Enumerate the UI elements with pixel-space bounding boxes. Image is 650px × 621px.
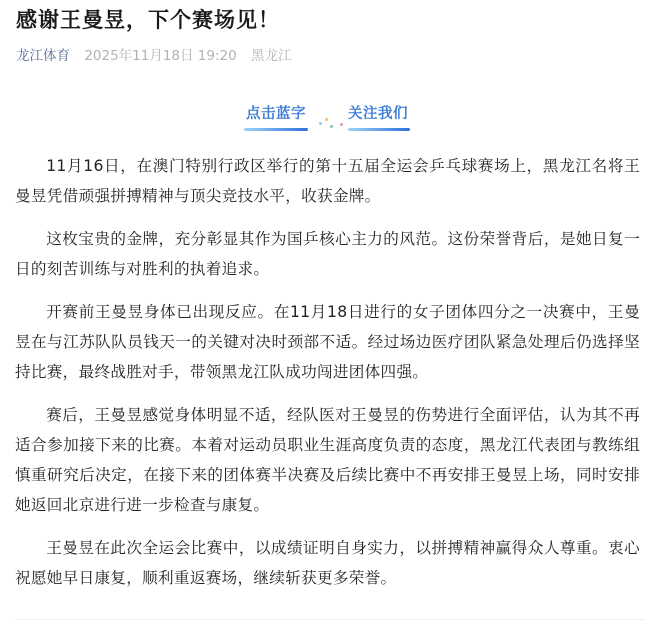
decorative-dot-icon <box>319 122 322 125</box>
paragraph: 赛后，王曼昱感觉身体明显不适，经队医对王曼昱的伤势进行全面评估，认为其不再适合参… <box>15 400 640 520</box>
paragraph: 11月16日，在澳门特别行政区举行的第十五届全运会乒乓球赛场上，黑龙江名将王曼昱… <box>15 151 640 211</box>
paragraph: 这枚宝贵的金牌，充分彰显其作为国乒核心主力的风范。这份荣誉背后，是她日复一日的刻… <box>15 224 640 284</box>
decorative-dot-icon <box>330 125 333 128</box>
publish-date: 2025年11月18日 19:20 <box>84 48 236 64</box>
divider <box>15 619 645 620</box>
decorative-dot-icon <box>340 123 343 126</box>
article-body: 11月16日，在澳门特别行政区举行的第十五届全运会乒乓球赛场上，黑龙江名将王曼昱… <box>15 151 640 606</box>
underline-decoration <box>244 128 308 131</box>
author-link[interactable]: 龙江体育 <box>16 48 70 64</box>
underline-decoration <box>348 128 410 131</box>
decorative-dot-icon <box>325 118 328 121</box>
publish-location: 黑龙江 <box>251 48 292 64</box>
follow-banner[interactable]: 点击蓝字 关注我们 <box>244 104 414 134</box>
follow-banner-right-text: 关注我们 <box>348 104 408 124</box>
follow-banner-left-text: 点击蓝字 <box>246 104 306 124</box>
article-meta: 龙江体育 2025年11月18日 19:20 黑龙江 <box>16 47 292 65</box>
paragraph: 王曼昱在此次全运会比赛中，以成绩证明自身实力，以拼搏精神赢得众人尊重。衷心祝愿她… <box>15 533 640 593</box>
paragraph: 开赛前王曼昱身体已出现反应。在11月18日进行的女子团体四分之一决赛中，王曼昱在… <box>15 297 640 387</box>
article-title: 感谢王曼昱，下个赛场见！ <box>16 6 280 34</box>
